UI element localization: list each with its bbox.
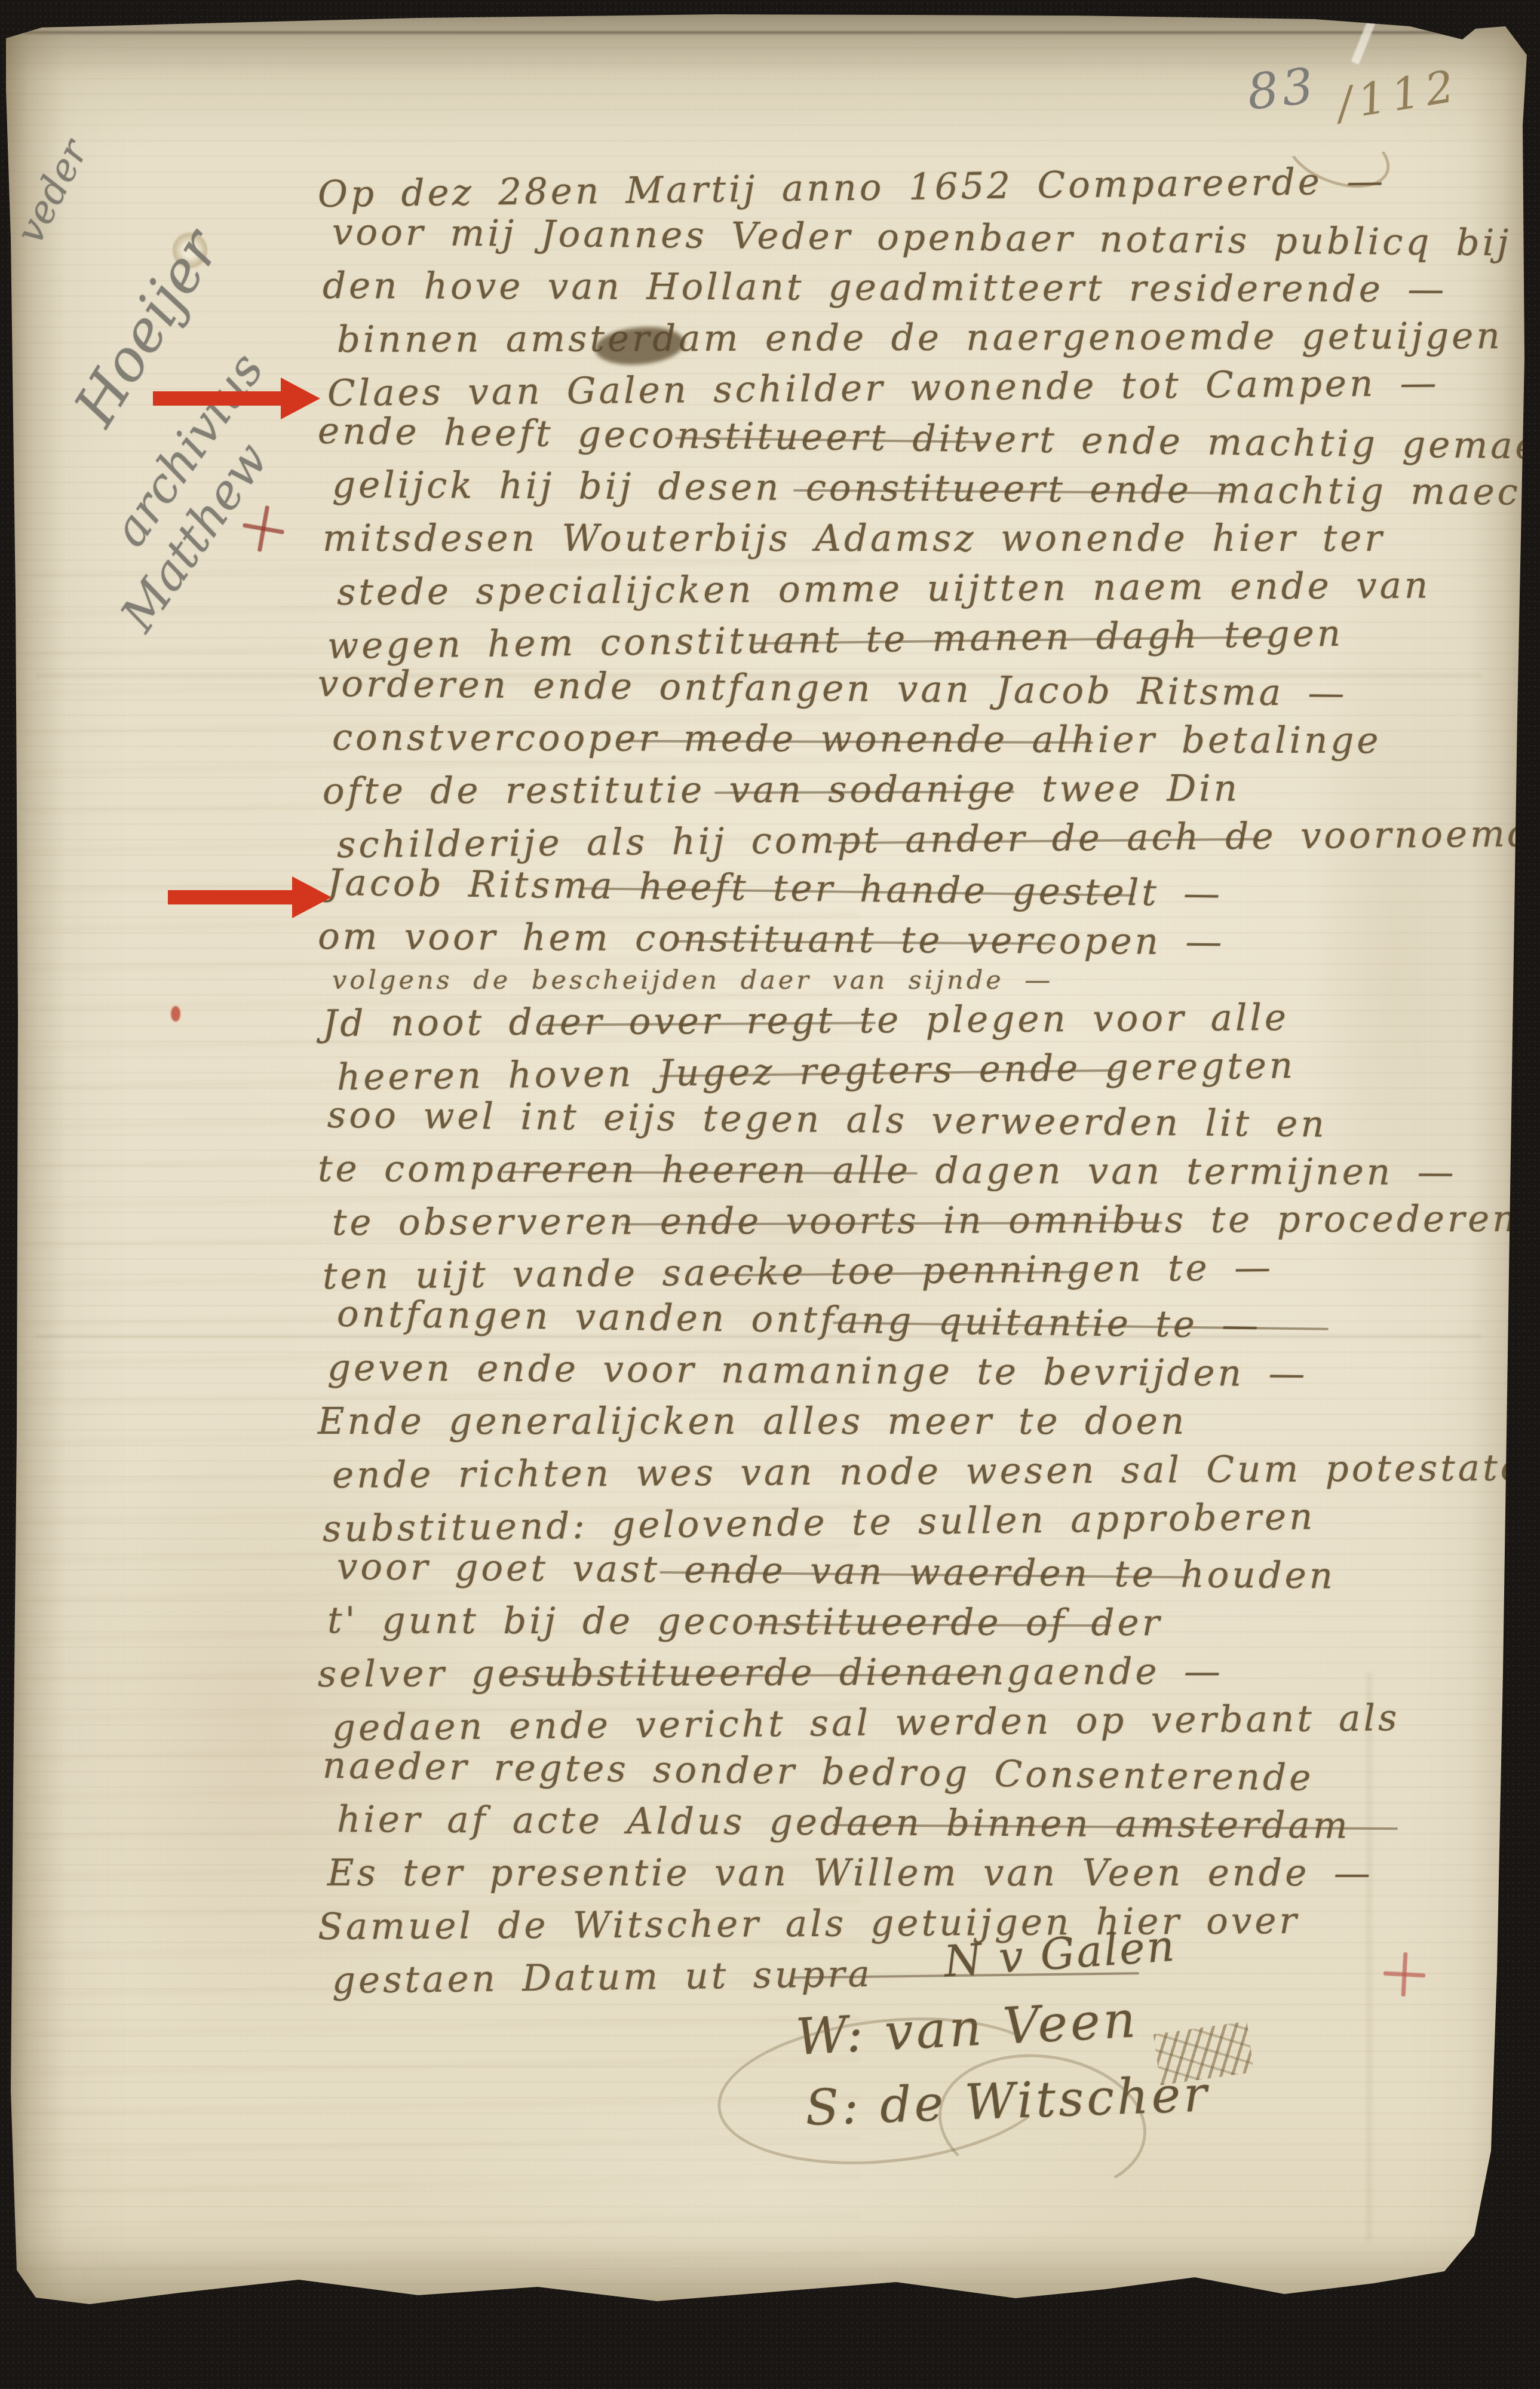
manuscript-line: Samuel de Witscher als getuijgen hier ov… xyxy=(318,1895,1471,1952)
paper-stain xyxy=(538,1016,1075,1434)
signature-de-witscher: S: de Witscher xyxy=(805,2066,1211,2137)
manuscript-line: ende heeft geconstitueert ditvert ende m… xyxy=(318,406,1471,471)
signature-swash xyxy=(929,2041,1156,2206)
manuscript-line: voor goet vast ende van waerden te houde… xyxy=(337,1542,1490,1603)
manuscript-line: heeren hoven Jugez regters ende geregten xyxy=(337,1038,1490,1103)
manuscript-page: veder Hoeijer archivius Matthew 83 /112 … xyxy=(0,0,1540,2389)
manuscript-line: soo wel int eijs tegen als verweerden li… xyxy=(327,1090,1481,1151)
strike-through-mark xyxy=(542,1022,876,1026)
manuscript-line: ende richten wes van node wesen sal Cum … xyxy=(332,1443,1485,1501)
manuscript-line: te compareren heeren alle dagen van term… xyxy=(318,1144,1471,1198)
strike-through-mark xyxy=(581,887,1134,897)
strike-through-mark xyxy=(502,1673,987,1677)
strike-through-mark xyxy=(793,1972,1139,1979)
strike-through-mark xyxy=(675,940,1056,944)
signature-paraph-flourish xyxy=(1154,2021,1254,2085)
manuscript-line: ontfangen vanden ontfang quitantie te — xyxy=(337,1289,1490,1354)
manuscript-line: Es ter presentie van Willem van Veen end… xyxy=(327,1848,1480,1899)
paper-stain xyxy=(1302,538,1493,1374)
manuscript-line: gedaen ende vericht sal werden op verban… xyxy=(332,1692,1486,1753)
paper-bottom-edge-shading xyxy=(0,2234,1540,2305)
paper-scratch xyxy=(1351,8,1381,65)
arrow-shaft xyxy=(168,890,292,904)
manuscript-line: hier af acte Aldus gedaen binnen amsterd… xyxy=(337,1795,1490,1852)
ink-bleed-through-layer xyxy=(24,538,860,2270)
strike-through-mark xyxy=(793,489,1231,494)
strike-through-mark xyxy=(754,1623,1111,1627)
manuscript-line: substituend: gelovende te sullen approbe… xyxy=(323,1490,1476,1554)
manuscript-line: te observeren ende voorts in omnibus te … xyxy=(332,1194,1485,1248)
manuscript-line: t' gunt bij de geconstitueerde of der xyxy=(327,1596,1480,1649)
manuscript-line: binnen amsterdam ende de naergenoemde ge… xyxy=(337,311,1490,365)
signature-swash xyxy=(710,2002,1064,2180)
ink-flourish xyxy=(1277,108,1398,201)
signature-van-veen: W: van Veen xyxy=(794,1990,1140,2066)
strike-through-mark xyxy=(502,1171,918,1174)
strike-through-mark xyxy=(833,1321,1329,1330)
strike-through-mark xyxy=(714,790,1014,794)
paper-right-edge-shading xyxy=(1468,0,1540,2389)
margin-note-pencil: archivius xyxy=(102,343,274,556)
manuscript-line: gelijck hij bij desen constitueert ende … xyxy=(332,460,1485,517)
manuscript-line: om voor hem constituant te vercopen — xyxy=(318,912,1471,969)
manuscript-line: voor mij Joannes Veder openbaer notaris … xyxy=(332,207,1486,268)
strike-through-mark xyxy=(621,1221,1162,1225)
arrow-head-icon xyxy=(292,876,332,918)
paper-stain xyxy=(388,2079,1135,2294)
vertical-crease xyxy=(1367,1673,1372,2240)
manuscript-line: stede specialijcken omme uijtten naem en… xyxy=(337,560,1490,618)
manuscript-line: Claes van Galen schilder wonende tot Cam… xyxy=(327,358,1481,419)
margin-note-pencil: Matthew xyxy=(110,433,279,641)
strike-through-mark xyxy=(675,437,986,443)
ink-blot xyxy=(594,324,686,369)
paper-stain xyxy=(48,1404,478,2061)
folio-number-ink: /112 xyxy=(1334,60,1464,130)
strike-through-mark xyxy=(659,1571,1190,1578)
strike-through-mark xyxy=(754,636,1272,645)
strike-through-mark xyxy=(659,1069,1121,1077)
strike-through-mark xyxy=(620,740,1093,743)
strike-through-mark xyxy=(714,1271,1084,1277)
red-cross-mark-left-margin xyxy=(239,502,288,556)
scan: veder Hoeijer archivius Matthew 83 /112 … xyxy=(0,0,1540,2389)
manuscript-line: Jacob Ritsma heeft ter hande gestelt — xyxy=(327,858,1481,922)
signature-van-galen: N v Galen xyxy=(943,1921,1178,1987)
manuscript-text-block: Op dez 28en Martij anno 1652 Compareerde… xyxy=(327,162,1480,1999)
arrow-head-icon xyxy=(281,378,320,419)
strike-through-mark xyxy=(833,838,1259,844)
paper-top-edge-shading xyxy=(0,0,1540,78)
manuscript-line: constvercooper mede wonende alhier betal… xyxy=(332,713,1485,766)
red-ink-speck xyxy=(171,1006,180,1022)
folio-number-pencil: 83 xyxy=(1244,57,1320,121)
margin-note-pencil: veder xyxy=(8,133,97,251)
manuscript-line: mitsdesen Wouterbijs Adamsz wonende hier… xyxy=(323,514,1475,564)
manuscript-line: Op dez 28en Martij anno 1652 Compareerde… xyxy=(318,155,1471,220)
paper-spine-edge-shading xyxy=(0,0,66,2389)
manuscript-line: ofte de restitutie van sodanige twee Din xyxy=(323,763,1475,817)
paper-top-crease xyxy=(24,31,1470,34)
manuscript-line: vorderen ende ontfangen van Jacob Ritsma… xyxy=(318,659,1471,720)
manuscript-line: wegen hem constituant te manen dagh tege… xyxy=(327,607,1481,671)
manuscript-line: gestaen Datum ut supra xyxy=(332,1942,1486,2006)
red-cross-mark-signatures xyxy=(1382,1951,1427,1998)
strike-through-mark xyxy=(833,1824,1398,1830)
horizontal-crease xyxy=(36,1335,1481,1338)
manuscript-line: ten uijt vande saecke toe penningen te — xyxy=(323,1241,1476,1302)
paper-flaw-spot xyxy=(172,231,208,270)
red-arrow-line-claes-van-galen xyxy=(153,378,320,419)
red-arrow-line-jacob-ritsma xyxy=(168,876,332,918)
arrow-shaft xyxy=(153,391,281,406)
manuscript-line: selver gesubstitueerde dienaengaende — xyxy=(318,1646,1471,1700)
manuscript-line: schilderije als hij compt ander de ach d… xyxy=(337,809,1490,870)
manuscript-line: Jd noot daer over regt te plegen voor al… xyxy=(323,992,1475,1049)
manuscript-line: Ende generalijcken alles meer te doen xyxy=(318,1397,1471,1447)
horizontal-crease xyxy=(36,674,1481,677)
manuscript-line: den hove van Hollant geadmitteert reside… xyxy=(323,261,1475,315)
manuscript-line: naeder regtes sonder bedrog Consenterend… xyxy=(323,1741,1476,1805)
manuscript-line: geven ende voor namaninge te bevrijden — xyxy=(327,1343,1480,1400)
manuscript-line: volgens de bescheijden daer van sijnde — xyxy=(332,965,1485,995)
